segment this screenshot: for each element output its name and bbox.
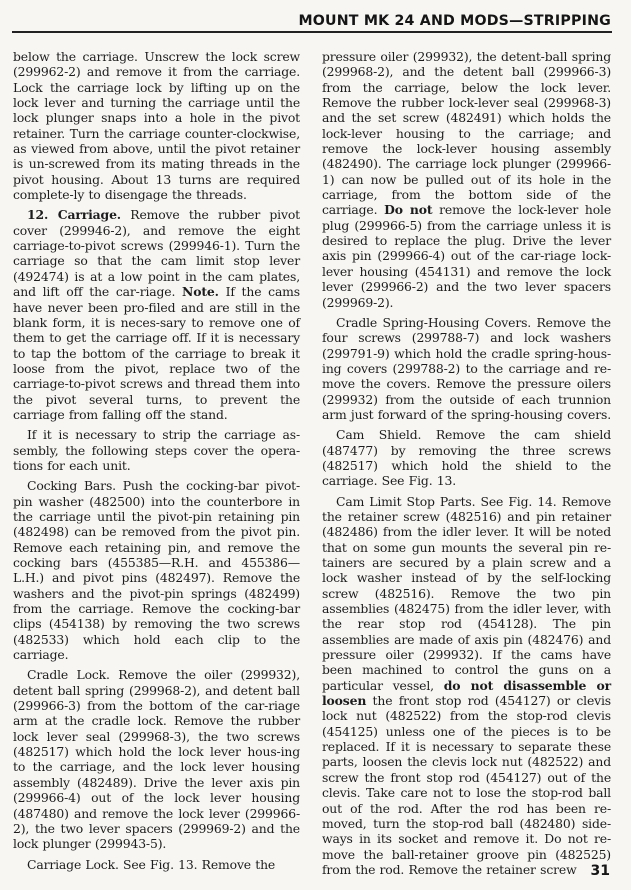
paragraph-pivot-retainer: below the carriage. Unscrew the lock scr…: [13, 49, 300, 202]
paragraph-carriage: 12. Carriage. Remove the rubber pivot co…: [13, 207, 300, 422]
paragraph-cam-limit-stop: Cam Limit Stop Parts. See Fig. 14. Remov…: [322, 494, 611, 878]
carriage-lock-text-b: remove the lock-lever hole plug (299966-…: [322, 202, 611, 309]
paragraph-carriage-lock: Carriage Lock. See Fig. 13. Remove the: [13, 857, 300, 872]
carriage-lock-text-a: pressure oiler (299932), the detent-ball…: [322, 49, 611, 217]
paragraph-strip-intro: If it is necessary to strip the carriage…: [13, 427, 300, 473]
paragraph-carriage-lock-cont: pressure oiler (299932), the detent-ball…: [322, 49, 611, 310]
section-heading-carriage: 12. Carriage.: [27, 207, 121, 222]
paragraph-cradle-lock: Cradle Lock. Remove the oiler (299932), …: [13, 667, 300, 851]
header-rule: [12, 31, 612, 33]
cam-limit-text-a: Cam Limit Stop Parts. See Fig. 14. Remov…: [322, 494, 611, 693]
right-column: pressure oiler (299932), the detent-ball…: [322, 49, 611, 882]
running-header-title: MOUNT MK 24 AND MODS—STRIPPING: [298, 13, 611, 29]
paragraph-cocking-bars: Cocking Bars. Push the cocking-bar pivot…: [13, 478, 300, 662]
carriage-text-b: If the cams have never been pro-filed an…: [13, 284, 300, 422]
left-column: below the carriage. Unscrew the lock scr…: [13, 49, 300, 877]
page-number: 31: [591, 863, 610, 879]
note-label: Note.: [182, 284, 219, 299]
paragraph-cam-shield: Cam Shield. Remove the cam shield (48747…: [322, 427, 611, 488]
cam-limit-text-b: the front stop rod (454127) or clevis lo…: [322, 693, 611, 877]
do-not-warning: Do not: [384, 202, 432, 217]
paragraph-cradle-spring-housing: Cradle Spring-Housing Covers. Remove the…: [322, 315, 611, 422]
